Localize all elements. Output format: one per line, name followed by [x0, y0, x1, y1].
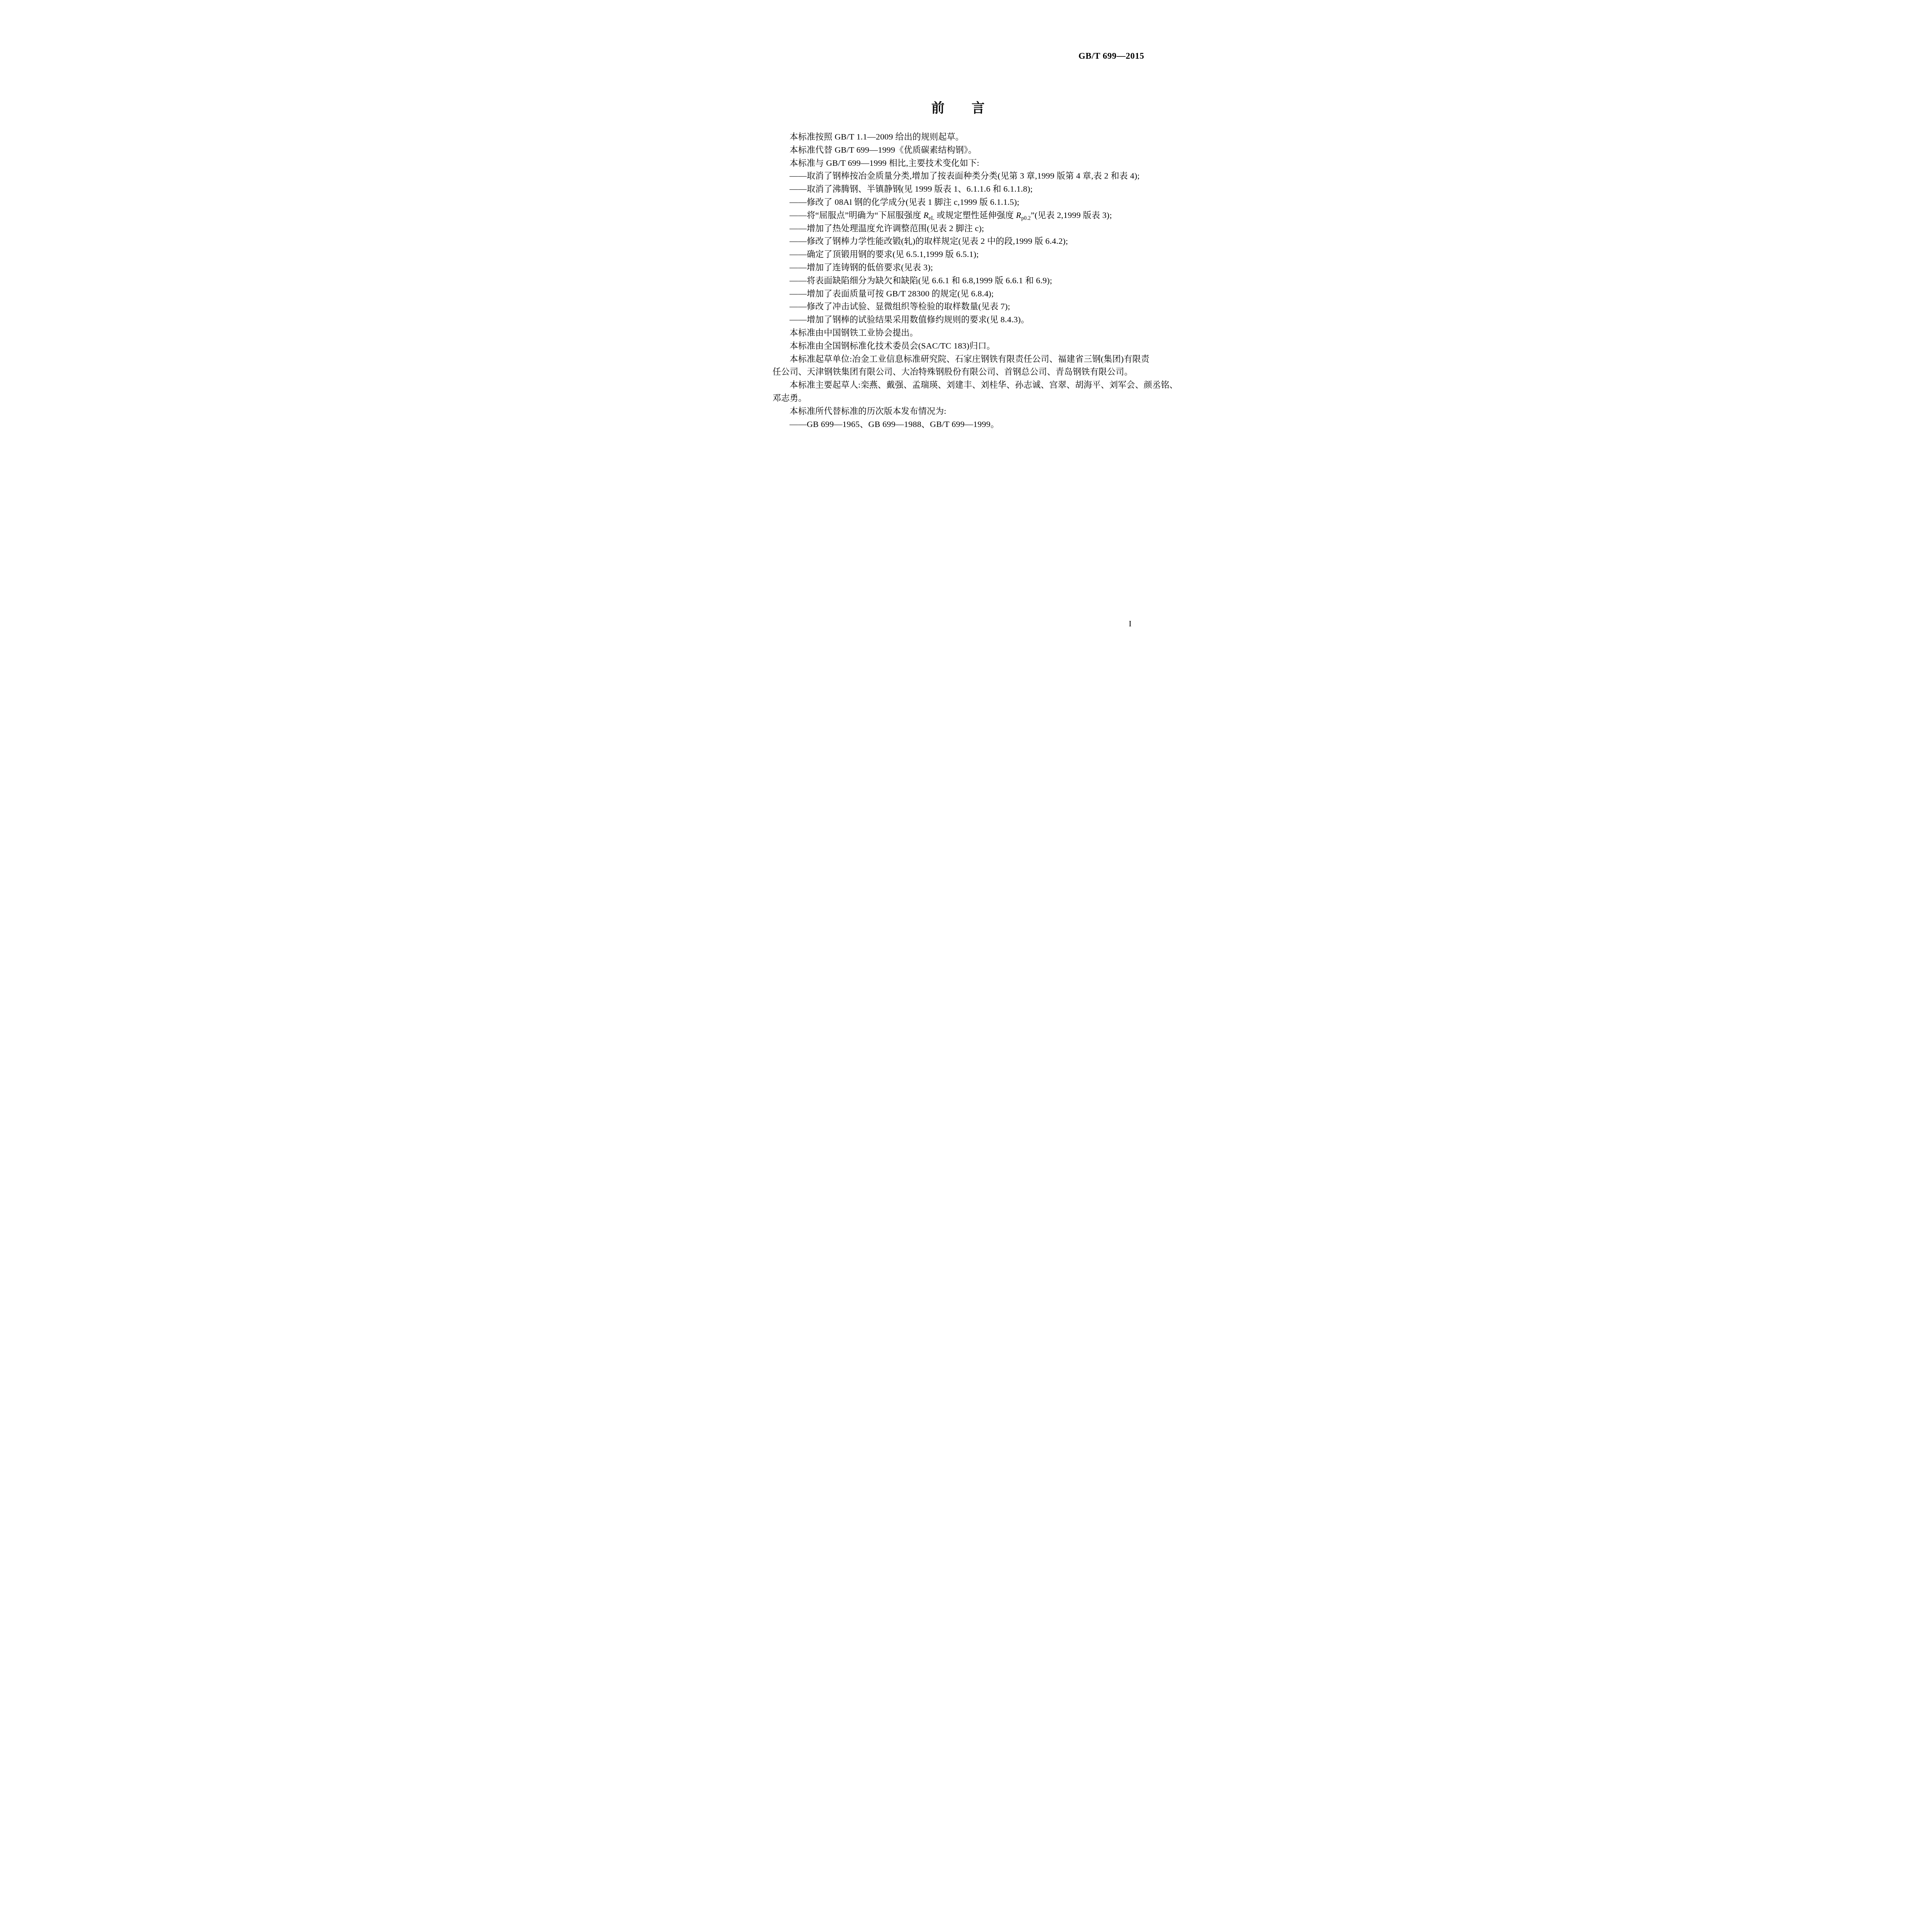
change-item-classification: ——取消了钢棒按冶金质量分类,增加了按表面种类分类(见第 3 章,1999 版第…	[773, 169, 1147, 182]
change-item-impact-test-sampling: ——修改了冲击试验、显微组织等检验的取样数量(见表 7);	[773, 300, 1147, 313]
para-replaces-standard: 本标准代替 GB/T 699—1999《优质碳素结构钢》。	[773, 143, 1147, 156]
symbol-rp02-subscript: p0.2	[1021, 215, 1031, 221]
para-drafting-organizations-line2: 任公司、天津钢铁集团有限公司、大冶特殊钢股份有限公司、首钢总公司、青岛钢铁有限公…	[773, 365, 1147, 378]
page-title: 前言	[719, 101, 1198, 116]
foreword-body: 本标准按照 GB/T 1.1—2009 给出的规则起草。 本标准代替 GB/T …	[773, 130, 1147, 430]
change-item-08al-composition: ——修改了 08Al 钢的化学成分(见表 1 脚注 c,1999 版 6.1.1…	[773, 196, 1147, 209]
para-previous-editions-list: ——GB 699—1965、GB 699—1988、GB/T 699—1999。	[773, 418, 1147, 431]
title-char-qian: 前	[932, 101, 945, 116]
para-changes-intro: 本标准与 GB/T 699—1999 相比,主要技术变化如下:	[773, 156, 1147, 170]
para-proposed-by: 本标准由中国钢铁工业协会提出。	[773, 326, 1147, 339]
symbol-rel-subscript: eL	[929, 215, 935, 221]
text-run-lead: ——将“屈服点”明确为“下屈服强度	[790, 210, 923, 220]
symbol-rel: R	[923, 210, 929, 220]
change-item-rounding-rules: ——增加了钢棒的试验结果采用数值修约规则的要求(见 8.4.3)。	[773, 313, 1147, 326]
para-drafting-organizations-line1: 本标准起草单位:冶金工业信息标准研究院、石家庄钢铁有限责任公司、福建省三钢(集团…	[773, 352, 1147, 366]
para-drafters-line1: 本标准主要起草人:栾燕、戴强、孟瑞瑛、刘建丰、刘桂华、孙志诚、宫翠、胡海平、刘军…	[773, 378, 1147, 391]
page-number: I	[1129, 619, 1132, 629]
change-item-continuous-casting: ——增加了连铸钢的低倍要求(见表 3);	[773, 261, 1147, 274]
symbol-rp02: R	[1016, 210, 1022, 220]
change-item-upsetting-steel: ——确定了顶锻用钢的要求(见 6.5.1,1999 版 6.5.1);	[773, 248, 1147, 261]
document-page: GB/T 699—2015 前言 本标准按照 GB/T 1.1—2009 给出的…	[719, 0, 1198, 677]
para-previous-editions-intro: 本标准所代替标准的历次版本发布情况为:	[773, 405, 1147, 418]
change-item-yield-strength: ——将“屈服点”明确为“下屈服强度 ReL 或规定塑性延伸强度 Rp0.2”(见…	[773, 209, 1147, 222]
change-item-surface-quality: ——增加了表面质量可按 GB/T 28300 的规定(见 6.8.4);	[773, 287, 1147, 300]
para-centralized-by: 本标准由全国钢标准化技术委员会(SAC/TC 183)归口。	[773, 339, 1147, 352]
para-drafting-rule: 本标准按照 GB/T 1.1—2009 给出的规则起草。	[773, 130, 1147, 143]
title-char-yan: 言	[972, 101, 985, 116]
para-drafters-line2: 邓志勇。	[773, 391, 1147, 405]
change-item-surface-defects: ——将表面缺陷细分为缺欠和缺陷(见 6.6.1 和 6.8,1999 版 6.6…	[773, 274, 1147, 287]
change-item-rimmed-steel: ——取消了沸腾钢、半镇静钢(见 1999 版表 1、6.1.1.6 和 6.1.…	[773, 182, 1147, 196]
text-run-tail: ”(见表 2,1999 版表 3);	[1031, 210, 1112, 220]
change-item-heat-treatment-range: ——增加了热处理温度允许调整范围(见表 2 脚注 c);	[773, 222, 1147, 235]
change-item-sampling-forging: ——修改了钢棒力学性能改锻(轧)的取样规定(见表 2 中的段,1999 版 6.…	[773, 235, 1147, 248]
text-run-mid: 或规定塑性延伸强度	[934, 210, 1016, 220]
standard-code: GB/T 699—2015	[1078, 51, 1144, 61]
